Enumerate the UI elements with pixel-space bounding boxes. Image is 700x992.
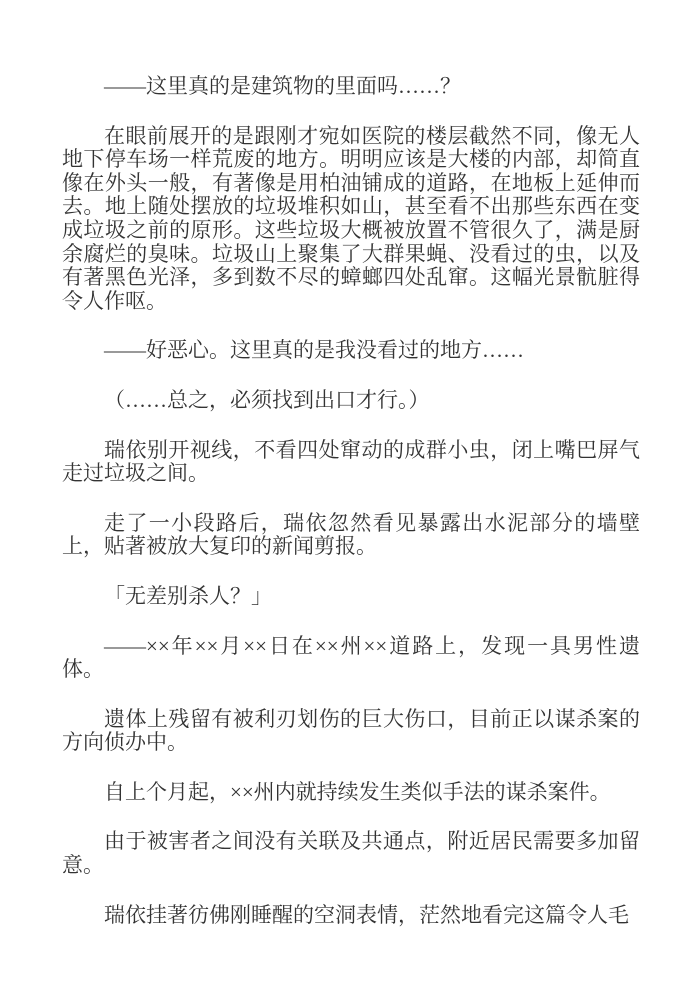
paragraph-description-surroundings: 在眼前展开的是跟刚才宛如医院的楼层截然不同，像无人地下停车场一样荒废的地方。明明…: [62, 125, 640, 314]
paragraph-news-body-2: 遗体上残留有被利刃划伤的巨大伤口，目前正以谋杀案的方向侦办中。: [62, 708, 640, 755]
paragraph-narration-1: 瑞依别开视线，不看四处窜动的成群小虫，闭上嘴巴屏气走过垃圾之间。: [62, 439, 640, 486]
paragraph-monologue-2: ——好恶心。这里真的是我没看过的地方……: [62, 339, 640, 363]
paragraph-news-body-4: 由于被害者之间没有关联及共通点，附近居民需要多加留意。: [62, 830, 640, 877]
novel-page: ——这里真的是建筑物的里面吗……？ 在眼前展开的是跟刚才宛如医院的楼层截然不同，…: [0, 0, 700, 992]
paragraph-narration-3: 瑞依挂著彷佛刚睡醒的空洞表情，茫然地看完这篇令人毛: [62, 904, 640, 928]
paragraph-headline-quote: 「无差别杀人？」: [62, 585, 640, 609]
paragraph-news-body-1: ——××年××月××日在××州××道路上，发现一具男性遗体。: [62, 635, 640, 682]
paragraph-monologue-1: ——这里真的是建筑物的里面吗……？: [62, 75, 640, 99]
paragraph-news-body-3: 自上个月起，××州内就持续发生类似手法的谋杀案件。: [62, 781, 640, 805]
paragraph-inner-thought: （……总之，必须找到出口才行。）: [62, 389, 640, 413]
paragraph-narration-2: 走了一小段路后，瑞依忽然看见暴露出水泥部分的墙壁上，贴著被放大复印的新闻剪报。: [62, 512, 640, 559]
